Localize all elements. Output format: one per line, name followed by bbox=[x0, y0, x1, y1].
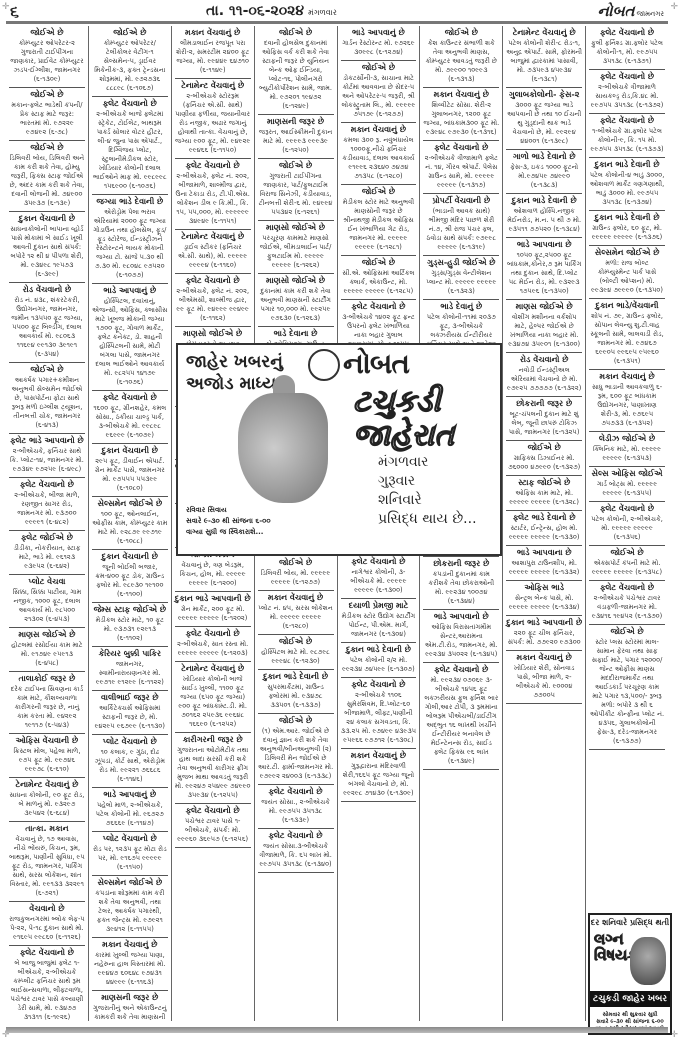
classified-ad: ગાળો ભાડે દેવાનો છેફેસ-૩, ઇકડ ૧૦૦૦ ફૂટનો… bbox=[506, 150, 582, 194]
classified-ad: જોઈએ છેકોમ્પ્યુટર ઓપરેટર-૨ ગુજરાતી ટાઈપી… bbox=[9, 26, 85, 88]
ad-heading: ટેનામેન્ટ વેંચવાનું છે bbox=[506, 28, 582, 38]
classified-ad: ફ્લેટ વેંચવાનો છે૨-બીએચકે બાજે ફ્લેટમાં … bbox=[92, 97, 168, 195]
ad-heading: મકાન વેંચવાનું છે bbox=[175, 28, 251, 38]
ad-body: નવોડી ઈન્ડસ્ટ્રીઅલ એરિયામાં વેંચવાનો છે … bbox=[506, 366, 582, 393]
ad-body: (ભાડાની આવક સાથે) ભીમજી મંદિર પાછળ શેરી … bbox=[423, 207, 499, 252]
ad-body: ૨-બીએચકે પંચેશ્વર ટાવર વંડાફળી-જામનગર મો… bbox=[589, 594, 665, 621]
day-3: શનિવારે bbox=[378, 492, 422, 508]
classified-ad: ફ્લેટ વેંચવાનો છેપંચેશ્વર ટાવર પાસે ૧-બી… bbox=[175, 804, 251, 848]
classified-ad: જોઈએ છેદવાની હોલસેલ દુકાનમાં ઓફિસ વર્ક ક… bbox=[258, 26, 334, 115]
classified-ad: દુકાન ભાડે દેવાની છેપટેલ કોલોની ૨/૨ મો. … bbox=[341, 643, 417, 678]
ad-heading: જોઈએ છે bbox=[9, 90, 85, 100]
ad-body: વેંચવાનું છે, ત્રણ બેડરૂમ, કિચન, હોલ, મો… bbox=[175, 561, 251, 588]
classified-ad: જોઈએ છેહોસ્પિટલ માટે મો. ૯૮૭૯૮ ૯૯૯૪૮ (૬-… bbox=[258, 635, 334, 670]
ad-body: ફુલી ફર્નિશ્ડ ગ્રા.ફ્લોર પટેલ કોલોની-૧, … bbox=[589, 39, 665, 66]
classified-ad: ફ્લેટ વેંચવાનો છે૨-બીએચકે ૧૧૦૬ સુમેરશિવમ… bbox=[341, 678, 417, 749]
ad-body: હોસ્પિટલ, દવાખાનું, એજન્સી, ઓફિસ, ક્લાસી… bbox=[92, 297, 168, 387]
ad-body: ખોડિયાર શેરી, સોનવાડ પાસે, બીજા માળે, ૨-… bbox=[506, 664, 582, 700]
ad-heading: જોઈએ છે bbox=[506, 443, 582, 453]
ad-heading: માણસો જોઈએ છે bbox=[258, 223, 334, 233]
ad-heading: ગુલાબકોલોની- ફેસ-૨ bbox=[506, 90, 582, 100]
classified-ad: ગુડ્સ-હુડી જોઈએ છેગુડ્સ/ગુડ્સ વેન્ટીલેશન… bbox=[423, 256, 499, 300]
classified-ad: ફ્લેટ વેંચવાનો છેફુલી ફર્નિશ્ડ ગ્રા.ફ્લો… bbox=[589, 26, 665, 70]
ad-heading: દુકાન ભાડે દેવાની છે bbox=[258, 672, 334, 682]
ad-body: ખોડિયાર કોલોની બાજે સાઈડ ખુલ્લી, ૧૧૦૦ ફૂ… bbox=[175, 675, 251, 729]
ad-heading: પ્રોપર્ટી વેંચવાની છે bbox=[423, 196, 499, 206]
classified-ad: ટેનામેન્ટ વેંચવાનું છે૨-બીએચકે સ્ટોરરૂમ … bbox=[175, 79, 251, 159]
ad-heading: પ્લોટ વેચવા bbox=[9, 577, 85, 587]
ad-heading: સેલ્સ ઓફિસ જોઈએ bbox=[589, 469, 665, 479]
ad-heading: માણસો જોઈએ છે bbox=[175, 329, 251, 339]
classified-ad: માણસ જોઈએ છેહોટલમાં રસોઈયા કામ માટે મો. … bbox=[9, 628, 85, 672]
ad-body: મેડીકલ સ્ટોર માટે અનુભવી માણસોની જરૂર છે… bbox=[341, 198, 417, 252]
classified-ad: ફ્લેટ વેંચવાનો છે૨-બીએચકે, ફ્લેટ નં. ૨૦૨… bbox=[175, 274, 251, 327]
ad-body: કારમાં ખુલ્લી જગ્યા પાણા, નહેરુના હાલ વિ… bbox=[92, 951, 168, 987]
ad-body: બૂટ-ચંપલની દુકાન માટે શું લેબ્, જૂની છાપ… bbox=[506, 410, 582, 437]
day-1: મંગળવાર bbox=[378, 454, 428, 470]
classified-ad: સેલ્સ ઓફિસ જોઈએગાર્ડ બોટ્સ મો. ૯૯૯૯૯ ૯૯૯… bbox=[589, 467, 665, 502]
classified-ad: જોઈએ છે(૧) એમ.આર. જોઈએ છે દવાનું જ્ઞાન ક… bbox=[258, 714, 334, 785]
ad-heading: ટેનામેન્ટ વેંચવાનું છે bbox=[175, 81, 251, 91]
ad-heading: દુકાન વેંચવાની છે bbox=[9, 214, 85, 224]
ad-body: બે બાજુ બાજુમાં ફ્લેટ ૧-બીએચકે, ૨-બીએચકે… bbox=[9, 959, 85, 1021]
classified-ad: ફ્લેટ વેંચવાનો છેબે બાજુ બાજુમાં ફ્લેટ ૧… bbox=[9, 946, 85, 1021]
ad-heading: જોઈએ છે bbox=[589, 548, 665, 558]
ad-body: લીમડાલાઈન રજપૂત પરા શેરી-૨, સમરટીમ ૨૪૦૦ … bbox=[175, 39, 251, 75]
classified-ad: મકાન વેંચવાનું છેકમલા ૩૦૦ રૂ. નવુંબંધાયે… bbox=[341, 123, 417, 185]
ad-body: મેડીકલ સ્ટોર માટે, ૧૦ ફૂટ મો. ૯૩૭૩૧ ૯૨૯૧… bbox=[92, 616, 168, 643]
ad-heading: ભાડે દેવાના છે bbox=[258, 329, 334, 339]
ad-body: મળો: રાજ બોલ્ટ કોમ્પ્યુસ્મેન્ટ પાર્ક પાસ… bbox=[589, 259, 665, 295]
ad-heading: પ્લોટ વેંચવાનો છે bbox=[92, 737, 168, 747]
ad-heading: જેમ્સ સ્ટાફ જોઈએ છે bbox=[92, 605, 168, 615]
ad-heading: છોકરાની જરૂર છે bbox=[423, 559, 499, 569]
classified-ad: જેમ્સ સ્ટાફ જોઈએ છેમેડીકલ સ્ટોર માટે, ૧૦… bbox=[92, 603, 168, 647]
classified-ad: દુકાન ભાડે આપવાની છે૨૨૦ ફૂટ ચીલ ફર્નિચર,… bbox=[506, 616, 582, 651]
classified-ad: દુકાન ભાડે દેવાની છેઓશવાળ હોસ્પિ.નજીક મે… bbox=[506, 194, 582, 238]
ad-body: ગાર્ડ બોટ્સ મો. ૯૯૯૯૯ ૯૯૯૯૯ (૬-૧૩૫૫) bbox=[589, 480, 665, 498]
ad-heading: જોઈએ છે bbox=[423, 28, 499, 38]
classified-ad: ગુલાબકોલોની- ફેસ-૨૩૦૦૦ ફૂટ જગ્યા ભાડે આપ… bbox=[506, 88, 582, 150]
ad-body: કમલા ૩૦૦ રૂ. નવુંબંધાયેલ ૧૦૦૦ફૂ.નીચે ફર્… bbox=[341, 136, 417, 181]
ad-heading: ફ્લેટ વેંચવાનો છે bbox=[175, 629, 251, 639]
ad-heading: ટેનામેન્ટ વેંચવાનું છે bbox=[175, 232, 251, 242]
ad-heading: વેંચવાનો છે bbox=[9, 904, 85, 914]
classified-ad: ફ્લેટ વેંચવાનો છે૨-બીએચકે ત્રીજામાળે ફ્લ… bbox=[423, 141, 499, 194]
ad-body: ડ્રાઈવ સ્ટીકર (ફર્નિચર એ.સી. સાથે), મો. … bbox=[175, 243, 251, 270]
ad-body: આકર્ષક પગાર+કમીશન અનુભવી સેલ્સમેન જોઈએ છ… bbox=[9, 376, 85, 430]
ad-body: ૨-બીએચકે, સાત રસ્તા મો. ૯૯૯૯૯ ૯૯૯૯૯ (૬-૧… bbox=[175, 640, 251, 658]
classified-ad: ટેનામેન્ટ વેંચવાનું છેસાધના કોલોની, ૯૦ ફ… bbox=[9, 778, 85, 822]
ad-body: ૧-બીએચકે ગ્રા.ફ્લોર પટેલ કોલોની-૯, કિ. ૧… bbox=[589, 127, 665, 154]
ad-body: હોસ્પિટલ માટે મો. ૯૮૭૯૮ ૯૯૯૪૮ (૬-૧૨૩૦) bbox=[258, 648, 334, 666]
classified-ad: ભાડે આપવાના છેઆશાપુરા ટાઉનશીપ, મો. ૯૯૯૯૯… bbox=[506, 546, 582, 581]
lagna-top: દર શનિવારે પ્રસિદ્ધ થતી bbox=[590, 915, 670, 928]
ad-body: ગુજરાતના ઓટોમેટીક તથા હાથ લાદા સરસી કરી … bbox=[175, 746, 251, 800]
ad-body: જરૂરત, આઈસ્ક્રીમની દુકાન માટે મો. ૯૯૯૯૩ … bbox=[258, 128, 334, 155]
couple-image bbox=[630, 937, 666, 985]
page-number: ૬ bbox=[10, 2, 19, 22]
ad-body: જામનગર, સ્વામીનારાયણનગર મો. ૯૯૭૧૯ ૯૧૨૯૯ … bbox=[92, 660, 168, 687]
registration-mark-icon: ✛ bbox=[670, 2, 678, 12]
classified-ad: રોડ વેંચવાનો છેરોડ નં. ૪૩૮, શંકરટેકરી, ઉ… bbox=[9, 283, 85, 363]
ad-heading: મકાન વેંચવાનું છે bbox=[589, 372, 665, 382]
classified-ad: જોઈએ છેમકાન-ફ્લેટ ભાડેથી કંપની/પ્રેક સ્ટ… bbox=[9, 88, 85, 141]
classified-ad: ભાડે આપવાનું છેહોસ્પિટલ, દવાખાનું, એજન્સ… bbox=[92, 284, 168, 391]
ad-body: એક્સપોર્ટ કંપની માટે મો. ૯૯૯૯૯ ૯૯૯૯૯ (૬-… bbox=[589, 559, 665, 577]
ad-heading: સેલ્સમેન જોઈએ છે bbox=[589, 248, 665, 258]
ad-body: સિક્કા, સિક્કા પાટીયા, ગામ નજીક, ૧૦૦૦ ફૂ… bbox=[9, 588, 85, 624]
classified-ad: ટેનામેન્ટ વેંચવાનું છેપટેલ કોલોની શેરી-૮… bbox=[506, 26, 582, 88]
ad-heading: જોઈએ છે bbox=[9, 143, 85, 153]
ad-body: ૨-બીએચકે, ફર્નિચર સાથે કિ. પ્લોટ-૧૪, જામ… bbox=[9, 447, 85, 474]
classified-ad: સ્ટાફ જોઈએ છેઓફિસ કામ માટે, મો. ૯૯૯૯૯ ૯૯… bbox=[506, 476, 582, 511]
ad-body: ૨-બીએચકે બાજે ફ્લેટમાં સ્ટ્રેકેટ, ટોઈલેટ… bbox=[92, 110, 168, 191]
classified-ad: ટેનામેન્ટ વેંચવાનું છેખોડિયાર કોલોની બાજ… bbox=[175, 662, 251, 733]
ad-heading: ઓફિસ ભાડે bbox=[506, 583, 582, 593]
classified-ad: જોઈએ છેકેશ કાઉન્ટર સંભાળી શકે તેવા અનુભવ… bbox=[423, 26, 499, 88]
day-2: ગુરૂવાર bbox=[378, 473, 415, 489]
ad-heading: દુકાન ભાડે દેવાની છે bbox=[341, 645, 417, 655]
classified-ad: ફ્લેટ વેંચવાનો છેનાગેશ્વર કોલોની, ૩-બીએચ… bbox=[341, 555, 417, 599]
classified-ad: ભાડે આપવાનું છેગાર્ડન રેસ્ટોરન્ટ મો. ૯૭૨… bbox=[341, 26, 417, 61]
ad-heading: ભાડે આપવાનો છે bbox=[423, 612, 499, 622]
ad-heading: મકાન વેંચવાનું છે bbox=[92, 940, 168, 950]
page-header: ૬ તા. ૧૧-૦૬-૨૦૨૪મંગળવાર નોબતજામનગર bbox=[6, 2, 668, 24]
ad-heading: મકાન વેંચવાનું છે bbox=[341, 125, 417, 135]
lagna-band: ટચુકડી જાહેર ખબર bbox=[590, 991, 670, 1007]
classified-ad: ફ્લેટ વેંચવાનો છે૨-બીએચકે, બીજા માળે, રણ… bbox=[9, 478, 85, 531]
classified-ad: ફ્લેટ વેંચવાનો છેજયંત સોસા., ૨-બીએચકે મો… bbox=[258, 785, 334, 829]
ad-body: ગ્રાફિક્સ ડિઝાઈનર મો. ૭૬૦૦૦ ૪૭૯૯૦ (૬-૧૩૨… bbox=[506, 454, 582, 472]
ad-body: ડિલિવરી બોય, ડિલિવરી અને કામ કરી શકે તેવ… bbox=[9, 154, 85, 208]
ad-body: ગુજરાતી ટાઈપીંગના જાણકાર, પાર્ટ/ફુલટાઈમ … bbox=[258, 172, 334, 217]
lagna-vishayak-ad: દર શનિવારે પ્રસિદ્ધ થતી લગ્નવિષયક ટચુકડી… bbox=[588, 913, 672, 1035]
classified-ad: ઓફિસ ભાડેસેન્ટ્રલ બેન્ક પાસે, મો. ૯૯૯૯૯ … bbox=[506, 581, 582, 616]
classified-ad: મકાન વેંચવાનું છેખોડિયાર શેરી, સોનવાડ પા… bbox=[506, 651, 582, 704]
classified-ad: ઓફિસ વેંચવાની છેક્રિસ્ટલ મોલ, પહેલા માળે… bbox=[9, 734, 85, 778]
ad-body: ડોકટર્સોની-૩, સાચાના માટે કોર્ટમાં આવવાન… bbox=[341, 74, 417, 119]
ad-body: ૨-બીએચકે, ફ્લેટ નં. ૨૦૨, બીએમસી, શાલ્મીજ… bbox=[175, 287, 251, 323]
classified-ad: ફ્લેટ ભાડે આપવાનો છે૨-બીએચકે, ફર્નિચર સા… bbox=[9, 434, 85, 478]
column-1: જોઈએ છેકોમ્પ્યુટર ઓપરેટર-૨ ગુજરાતી ટાઈપી… bbox=[6, 26, 89, 1021]
ad-body: સ્ટાર્ટર, ઈન્ટ્રેન્સ, હોલ મો. ૯૯૯૯૯ ૯૯૯૯… bbox=[506, 524, 582, 542]
ad-body: મકાન-ફ્લેટ ભાડેથી કંપની/પ્રેક સ્ટાફ માટે… bbox=[9, 101, 85, 137]
ad-body: દવાની હોલસેલ દુકાનમાં ઓફિસ વર્ક કરી શકે … bbox=[258, 39, 334, 111]
ad-heading: સેલ્સમેન જોઈએ છે bbox=[92, 878, 168, 888]
ad-heading: ફ્લેટ વેંચવાનો છે bbox=[9, 948, 85, 958]
ad-heading: જોઈએ છે bbox=[258, 716, 334, 726]
column-7: ટેનામેન્ટ વેંચવાનું છેપટેલ કોલોની શેરી-૮… bbox=[503, 26, 586, 1021]
classified-ad: છોકરાની જરૂર છેબૂટ-ચંપલની દુકાન માટે શું… bbox=[506, 397, 582, 441]
ad-body: ક્લિનિક માટે, મો. ૯૯૯૯૯ ૯૯૯૯૯ (૬-૧૩૫૩) bbox=[589, 445, 665, 463]
ad-body: રોડ પર, ૧૨૩૫ ફૂટ મોટા રોડ પર, મો. ૯૧૬૭૫ … bbox=[92, 845, 168, 872]
classified-ad: મકાન વેંચવાનું છેશિવ્વીટેટ સોસા. શેરી-૨ … bbox=[423, 88, 499, 141]
ad-body: એરોડ્રોમ પેલા ભરાવ એરિયામાં ૨૦૦૦ ફૂટ જગ્… bbox=[92, 208, 168, 280]
ad-body: ૨-બીએચકે, બીજા માળે, રણજીત સાગર રોડ, જામ… bbox=[9, 491, 85, 527]
ad-body: ૨૯૫ ફૂટ, ડીવાઈન એપાર્ટ. ગ્રેન માર્કેટ પા… bbox=[92, 457, 168, 493]
ad-body: ડીડીકા, નોકરીયાત, સ્ટાફ માટે, ભાડે મો. ૯… bbox=[9, 544, 85, 571]
ad-heading: કારીગરની જરૂર છે bbox=[175, 735, 251, 745]
ad-heading: દયાળી પ્રેમજી માટે bbox=[341, 601, 417, 611]
classified-ad: જોઈએ છેસ્ટોર પ્લસ સ્ટોરમાં માલ-સામાન ફેર… bbox=[589, 625, 665, 750]
hand-image bbox=[238, 393, 328, 503]
classified-ad: દુકાન ભાડે/વેંચવાનીશોપ નં. ૭૯, ગ્રાઉન્ડ … bbox=[589, 299, 665, 370]
classified-ad: દુકાન વેંચવાની છેસાધનાકોલોની બાપાના વ્હો… bbox=[9, 212, 85, 283]
classified-ad: માણસની જરૂર છેજરૂરત, આઈસ્ક્રીમની દુકાન મ… bbox=[258, 115, 334, 159]
ad-body: પટેલ કોલોની, ૨-બીએચકે, મો. ૯૯૯૯૯ ૯૯૯૯૯ (… bbox=[589, 515, 665, 542]
classified-ad: ફ્લેટ વેંચવાનો છેજયંત સોસા.૩-બીએચકે ત્રી… bbox=[258, 829, 334, 873]
ad-heading: દુકાન ભાડે દેવાની છે bbox=[589, 160, 665, 170]
ad-body: કપડાંની દુકાનમાં કામ કરીશકે તેવા છોકરાઓન… bbox=[423, 570, 499, 606]
ad-heading: ફ્લેટ વેંચવાનો છે bbox=[423, 143, 499, 153]
brand-name: નોબત bbox=[598, 2, 635, 20]
ad-title: ટચુકડીજાહેરાત bbox=[353, 385, 454, 453]
ad-body: ફેસ-૩, ઇકડ ૧૦૦૦ ફૂટનો મો.૯૭૪૫૯ ૭૪૯૯૦ (૬-… bbox=[506, 163, 582, 190]
ad-heading: ફ્લેટ વેંચવાનો છે bbox=[175, 276, 251, 286]
ad-body: ક્રિસ્ટલ મોલ, પહેલા માળે, ૯૭૫ ફૂટ મો. ૯૯… bbox=[9, 747, 85, 774]
ad-heading: ભાડે દેવાનું છે bbox=[423, 302, 499, 312]
ad-heading: મકાન વેંચવાનું છે bbox=[258, 593, 334, 603]
ad-body: રોડ નં. ૪૩૮, શંકરટેકરી, ઉદ્યોગનગર, જામનગ… bbox=[9, 296, 85, 359]
ad-heading: ફ્લેટ જોઈએ છે bbox=[9, 533, 85, 543]
ad-heading: ગુડ્સ-હુડી જોઈએ છે bbox=[423, 258, 499, 268]
ad-body: ૩૦૦૦ ફૂટ જગ્યા ભાડે આપવાની છે તથા ૧૦ ઈંચ… bbox=[506, 101, 582, 146]
column-8: ફ્લેટ વેંચવાનો છેફુલી ફર્નિશ્ડ ગ્રા.ફ્લો… bbox=[586, 26, 668, 1021]
ad-heading: ફ્લેટ વેંચવાનો છે bbox=[175, 806, 251, 816]
ad-body: પટેલ કોલોની-૪ ભાડું ૩૦૦૦, ઓશવાળ માર્કેટ … bbox=[589, 171, 665, 207]
classified-ad: ફ્લેટ જોઈએ છેડીડીકા, નોકરીયાત, સ્ટાફ માટ… bbox=[9, 531, 85, 575]
city-name: જામનગર bbox=[636, 10, 664, 18]
ad-body: ગુડ્સ/ગુડ્સ વેન્ટીલેશન પ્લાન્ટ મો. ૯૯૯૯૯… bbox=[423, 269, 499, 296]
ad-body: ૧૬૦૦ ફૂટ, ગ્રીનશહેર, કમલ સોસા., ઠકીયા ચા… bbox=[92, 404, 168, 440]
ad-body: ગુજરાતીનું અને એકાઉન્ટનું કામકરી શકે તેવ… bbox=[92, 1004, 168, 1021]
classified-ad: માણસ જોઈએ છેવોશીંગ મશીનના વર્કશોપ માટે, … bbox=[506, 300, 582, 353]
classified-ad: ભાડે આપવાનું છેપહેલો માળ, ૨-બીએચકે, પટેલ… bbox=[92, 788, 168, 832]
ad-body: સી.એ. ઓફિસમાં આર્ટિકલ ક્લાર્ક, એકાઉન્ટ, … bbox=[341, 269, 417, 296]
ad-heading: છોકરાની જરૂર છે bbox=[506, 399, 582, 409]
ad-timing: રવિવાર સિવાય સવારે ૯-૩૦ થી સાંજના ૬-૦૦ વ… bbox=[186, 505, 271, 538]
ad-body: આશાપુરા ટાઉનશીપ, મો. ૯૯૯૯૯ ૯૯૯૯૯ (૬-૧૩૩૨… bbox=[506, 559, 582, 577]
ad-heading: માણસ જોઈએ છે bbox=[506, 302, 582, 312]
ad-heading: ફ્લેટ વેંચવાનો છે bbox=[9, 480, 85, 490]
ad-body: ડિલિવરી બોય, મો. ૯૯૯૯૯ ૯૯૯૯૯ (૬-૧૨૭૭) bbox=[258, 569, 334, 587]
ad-heading: ફ્લેટ વેંચવાનો છે bbox=[175, 161, 251, 171]
ad-heading: જોઈએ છે bbox=[258, 161, 334, 171]
classified-ad: લેડીઝ જોઈએ છેક્લિનિક માટે, મો. ૯૯૯૯૯ ૯૯૯… bbox=[589, 432, 665, 467]
classified-ad: ફ્લેટ વેંચવાનો છે૧-બીએચકે ગ્રા.ફ્લોર પટે… bbox=[589, 114, 665, 158]
classified-ad: છોકરાની જરૂર છેકપડાંની દુકાનમાં કામ કરીશ… bbox=[423, 557, 499, 610]
classified-ad: ફ્લેટ વેંચવાનો છે૨-બીએચકે, સાત રસ્તા મો.… bbox=[175, 627, 251, 662]
ad-heading: મકાન વેંચવાનું છે bbox=[341, 751, 417, 761]
ad-body: પ્લોટ નં. ૪૫, સરસ લોકેશન મો. ૯૯૯૯૯ ૯૯૯૯૯… bbox=[258, 604, 334, 631]
ad-heading: ગાળો ભાડે દેવાનો છે bbox=[506, 152, 582, 162]
classified-ad: પ્લોટ વેંચવાનો છે૧૦ કલાક, ૯ ગુંઠા, દોઢ ઝ… bbox=[92, 735, 168, 788]
ad-heading: ફ્લેટ વેંચવાનો છે bbox=[589, 504, 665, 514]
ad-heading: ફ્લેટ વેંચવાનો છે bbox=[341, 680, 417, 690]
ad-body: કેશ કાઉન્ટર સંભાળી શકે તેવા અનુભવી માણસ,… bbox=[423, 39, 499, 84]
classified-ad: માણસો જોઈએ છેપરચૂરણ કામમાટે માણસો જોઈએ, … bbox=[258, 221, 334, 274]
ad-body: સાધનાકોલોની બાપાના વ્હોર્ડ પાસે મોકામાં … bbox=[9, 225, 85, 279]
ad-heading: ભાડે આપવાનું છે bbox=[92, 790, 168, 800]
ad-heading: ફ્લેટ વેંચવાનો છે bbox=[341, 557, 417, 567]
ad-heading: દુકાન ભાડે/વેંચવાની bbox=[589, 301, 665, 311]
ad-heading: માણસની જરૂર છે bbox=[258, 117, 334, 127]
ad-body: કોમ્પ્યુટર ઓપરેટર-૨ ગુજરાતી ટાઈપીંગના જા… bbox=[9, 39, 85, 84]
classified-ad: જોઈએ છેસી.એ. ઓફિસમાં આર્ટિકલ ક્લાર્ક, એક… bbox=[341, 256, 417, 300]
ad-heading: દુકાન વેંચવાની છે bbox=[92, 552, 168, 562]
ad-body: દરેક ટાઈપના સિવણના કાર્ડ કામ માટે, કૌશલ્… bbox=[9, 685, 85, 730]
publish-days: મંગળવાર ગુરૂવાર શનિવારે પ્રસિદ્ધ થાય છે.… bbox=[378, 453, 477, 529]
ad-body: સુપરમાર્કેટમાં, ગ્રાઉન્ડ ફ્લોરમાં મો. ૯૩… bbox=[258, 683, 334, 710]
ad-heading: જોઈએ છે bbox=[258, 637, 334, 647]
ad-title-line-1: ટચુકડી bbox=[353, 384, 441, 419]
ad-body: આર્કિટેક્ચર્સ ઓફિસમાં સ્ટાફની જરૂર છે, મ… bbox=[92, 704, 168, 731]
ad-body: શિવ્વીટેટ સોસા. શેરી-૨ ગુલાબનગર, ૧૨૦૦ ફૂ… bbox=[423, 101, 499, 137]
classified-ad: તાલાકોઈ જરૂર છેદરેક ટાઈપના સિવણના કાર્ડ … bbox=[9, 672, 85, 734]
ad-heading: દુકાન ભાડે દેવાની છે bbox=[589, 213, 665, 223]
weekday: મંગળવાર bbox=[308, 8, 337, 17]
ad-heading: ભાડે આપવાનું છે bbox=[341, 28, 417, 38]
published-text: પ્રસિદ્ધ થાય છે... bbox=[378, 511, 477, 527]
ad-body: પહેલો માળ, ૨-બીએચકે, પટેલ કોલોની મો. ૯૬૭… bbox=[92, 801, 168, 828]
ad-heading: વાલીભાઈ જરૂર છે bbox=[92, 693, 168, 703]
ad-body: શોપ નં. ૭૯, ગ્રાઉન્ડ ફ્લોર, સોપાન લેવન્ય… bbox=[589, 312, 665, 366]
ad-body: વેંચવાનું છે, ૧૭ આવાસ, નીચે ભોંયરું, કિચ… bbox=[9, 835, 85, 898]
ad-body: ૨-બીએચકે ત્રીજામાળે સાયકલ્ડ્ર રોડ,કિ.૪૮ … bbox=[589, 83, 665, 110]
classified-ad: સેલ્સમેન જોઈએ છેકપડાંના શોરૂમમાં કામ કરી… bbox=[92, 876, 168, 938]
ad-heading: મકાન વેંચવાનું છે bbox=[506, 653, 582, 663]
ad-body: સેન્ટ્રલ બેન્ક પાસે, મો. ૯૯૯૯૯ ૯૯૯૯૯ (૬-… bbox=[506, 594, 582, 612]
classified-ad: દુકાન વેંચવાની છે૨૯૫ ફૂટ, ડીવાઈન એપાર્ટ.… bbox=[92, 444, 168, 497]
classified-ad: દુકાન ભાડે દેવાની છેગ્રાઉન્ડ ફ્લોર, ૬૦ ફ… bbox=[589, 211, 665, 246]
classified-ad: જોઈએ છેગ્રાફિક્સ ડિઝાઈનર મો. ૭૬૦૦૦ ૪૭૯૯૦… bbox=[506, 441, 582, 476]
ad-heading: માણસની જરૂર છે bbox=[92, 993, 168, 1003]
classified-ad: જોઈએ છેકોમ્પ્યુટર ઓપરેટર/ટેલીકોલર વેટીંગ… bbox=[92, 26, 168, 97]
classified-ad: જોઈએ છેઆકર્ષક પગાર+કમીશન અનુભવી સેલ્સમેન… bbox=[9, 363, 85, 434]
classified-ad: ફ્લેટ વેંચવાનો છેમો. ૯૯૨૩૪ ૦૭૦૬૯ ૩-બીએચક… bbox=[423, 663, 499, 770]
classified-ad: વાલીભાઈ જરૂર છેઆર્કિટેક્ચર્સ ઓફિસમાં સ્ટ… bbox=[92, 691, 168, 735]
ad-heading: ફ્લેટ વેંચવાનો છે bbox=[589, 72, 665, 82]
ad-heading: ફ્લેટ વેંચવાનો છે bbox=[423, 665, 499, 675]
classified-ad: દુકાન વેંચવાની છેજૂની બોઈલી બજાર, ક્રમ-૪… bbox=[92, 550, 168, 603]
timing-line-1: રવિવાર સિવાય bbox=[186, 506, 227, 514]
ad-heading: રોડ વેંચવાનો છે bbox=[9, 285, 85, 295]
ad-heading: ફ્લેટ ભાડે દેવાનો છે bbox=[506, 513, 582, 523]
ad-body: રાજકુલનગરમાં બ્લોક લેફ-૫ પે-૨૨, પે-૧૮ દુ… bbox=[9, 915, 85, 942]
ad-body: ઓફિસ કામ માટે, મો. ૯૯૯૯૯ ૯૯૯૯૯ (૬-૧૩૨૮) bbox=[506, 489, 582, 507]
ad-body: ૧૦૦ ફૂટ, ઓનલાઈન, ઓફીસ કામ, કોમ્પ્યુટર કા… bbox=[92, 510, 168, 546]
timing-line-3: વાગ્યા સુધી જ સ્વિકારાશે... bbox=[186, 528, 263, 536]
ad-body: ૧૦૫૦ ફૂટ,૨૫૦૦ ફૂટ બાંધકામ,કોનેર,૭ રૂમ પા… bbox=[506, 251, 582, 296]
classified-ad: કારીગરની જરૂર છેગુજરાતના ઓટોમેટીક તથા હા… bbox=[175, 733, 251, 804]
ad-title-line-2: જાહેરાત bbox=[353, 418, 454, 453]
ad-body: સાધના કોલોની, ૯૦ ફૂટ રોડ, બે માળનું મો. … bbox=[9, 791, 85, 818]
classified-ad: સેલ્સમેન જોઈએ છેમળો: રાજ બોલ્ટ કોમ્પ્યુસ… bbox=[589, 246, 665, 299]
ad-body: હોટલમાં રસોઈયા કામ માટે મો. ૯૧૭૪૯ ૯૫૯૧૩ … bbox=[9, 641, 85, 668]
ad-heading: ટેનામેન્ટ વેંચવાનું છે bbox=[9, 780, 85, 790]
ad-body: જયંત સોસા., ૨-બીએચકે મો. ૯૯૭૫૫ ૩૫૧૩૮ (૬-… bbox=[258, 798, 334, 825]
drummer-logo-icon bbox=[308, 349, 340, 381]
classified-ad: દુકાન ભાડે દેવાની છેસુપરમાર્કેટમાં, ગ્રા… bbox=[258, 670, 334, 714]
classified-ad: ફ્લેટ વેંચવાનો છે૨-બીએચકે ત્રીજામાળે સાય… bbox=[589, 70, 665, 114]
ad-body: મેડીકલ સ્ટોર ઉદ્યોગ સ્ટાર્ટીંગ પોઈન્ટ, પ… bbox=[341, 612, 417, 639]
ad-body: ઓફિસ વિરાસતાંગમૌમ સેન્ટર,આરામના એમ.ટી.રો… bbox=[423, 623, 499, 659]
classified-ad: રોડ વેંચવાનો છેનવોડી ઈન્ડસ્ટ્રીઅલ એરિયામ… bbox=[506, 353, 582, 397]
ad-heading: ફ્લેટ વેંચવાનો છે bbox=[92, 99, 168, 109]
ad-heading: ફ્લેટ વેંચવાનો છે bbox=[589, 583, 665, 593]
classified-ad: જગ્યા ભાડે દેવાની છેએરોડ્રોમ પેલા ભરાવ એ… bbox=[92, 195, 168, 284]
ad-heading: જોઈએ છે bbox=[9, 28, 85, 38]
lagna-bottom-2: સવારે ૯-૩૦ થી સાંજના ૬-૦૦ bbox=[596, 1019, 664, 1025]
classified-ad: મકાન વેંચવાનું છેસાધુ ભાડાની આવકવાળુ ૬-ર… bbox=[589, 370, 665, 432]
classified-ad: માણસો જોઈએ છેદુકાનમાં કામ કરી શકે તેવા અ… bbox=[258, 274, 334, 327]
ad-heading: ફ્લેટ વેંચવાનો છે bbox=[92, 393, 168, 403]
ad-body: ૧૦ કલાક, ૯ ગુંઠા, દોઢ ઝૂંપડાં, કોર્ટ સાથ… bbox=[92, 748, 168, 784]
timing-line-2: સવારે ૯-૩૦ થી સાંજના ૬-૦૦ bbox=[186, 517, 271, 525]
classified-ad: ટેનામેન્ટ વેંચવાનું છેડ્રાઈવ સ્ટીકર (ફર્… bbox=[175, 230, 251, 274]
ad-body: ગ્રાઉન્ડ ફ્લોર, ૬૦ ફૂટ, મો. ૯૯૯૯૯ ૯૯૯૯૯ … bbox=[589, 224, 665, 242]
footer-rule bbox=[6, 1027, 668, 1033]
ad-body: ઓશવાળ હોસ્પિ.નજીક મેઈનરોડ, મ.ન. ૫ થી ૭ મ… bbox=[506, 207, 582, 234]
classified-ad: દુકાન ભાડે દેવાની છેપટેલ કોલોની-૪ ભાડું … bbox=[589, 158, 665, 211]
ad-heading: જોઈએ છે bbox=[341, 187, 417, 197]
ad-heading: કેરિયર બુક્કી પાકિર bbox=[92, 649, 168, 659]
ad-heading: તાલાકોઈ જરૂર છે bbox=[9, 674, 85, 684]
classified-ad: વેંચવાનો છેરાજકુલનગરમાં બ્લોક લેફ-૫ પે-૨… bbox=[9, 902, 85, 946]
ad-body: દુકાનમાં કામ કરી શકે તેવા અનુભવી માણસની … bbox=[258, 287, 334, 323]
ad-body: કપડાંના શોરૂમમાં કામ કરી શકે તેવા અનુભવી… bbox=[92, 889, 168, 934]
ad-heading: જોઈએ છે bbox=[258, 28, 334, 38]
classified-ad: જોઈએ છેડિલિવરી બોય, મો. ૯૯૯૯૯ ૯૯૯૯૯ (૬-૧… bbox=[258, 556, 334, 591]
ad-body: ૨-બીએચકે ત્રીજામાળે ફ્લેટ નં. ૧૪, ગૌરવ એ… bbox=[423, 154, 499, 190]
ad-heading: જોઈએ છે bbox=[589, 627, 665, 637]
ad-heading: ભાડે આપવાનું છે bbox=[92, 286, 168, 296]
issue-date: તા. ૧૧-૦૬-૨૦૨૪મંગળવાર bbox=[206, 3, 337, 19]
ad-heading: દુકાન ભાડે આપવાની છે bbox=[175, 594, 251, 604]
ad-heading: દુકાન ભાડે દેવાની છે bbox=[506, 196, 582, 206]
classified-ad: ફ્લેટ ભાડે દેવાનો છેસ્ટાર્ટર, ઈન્ટ્રેન્સ… bbox=[506, 511, 582, 546]
ad-body: (૧) એમ.આર. જોઈએ છે દવાનું જ્ઞાન કરી શકે … bbox=[258, 727, 334, 781]
ad-heading: ફ્લેટ વેંચવાનો છે bbox=[589, 116, 665, 126]
ad-body: કોમ્પ્યુટર ઓપરેટર/ટેલીકોલર વેટીંગ-૧ સેલ્… bbox=[92, 39, 168, 93]
ad-heading: જોઈએ છે bbox=[9, 365, 85, 375]
classified-ad: જોઈએ છેમેડીકલ સ્ટોર માટે અનુભવી માણસોની … bbox=[341, 185, 417, 256]
classified-ad: પ્લોટ વેંચવાનો છેરોડ પર, ૧૨૩૫ ફૂટ મોટા ર… bbox=[92, 832, 168, 876]
ad-heading: જોઈએ છે bbox=[341, 258, 417, 268]
classified-ad: ફ્લેટ વેંચવાનો છે૧૬૦૦ ફૂટ, ગ્રીનશહેર, કમ… bbox=[92, 391, 168, 444]
ad-heading: ફ્લેટ વેંચવાનો છે bbox=[341, 302, 417, 312]
ad-heading: રોડ વેંચવાનો છે bbox=[506, 355, 582, 365]
ad-body: પટેલ કોલોની ૨/૨ મો. ૯૯૨૩૪ ૭૪૫૯૯ (૬-૧૩૦૭) bbox=[341, 656, 417, 674]
ad-heading: ફ્લેટ ભાડે આપવાનો છે bbox=[9, 436, 85, 446]
classified-ad: ફ્લેટ વેંચવાનો છે૨-બીએચકે, ફ્લેટ નં. ૨૦૨… bbox=[175, 159, 251, 230]
classified-ad: જોઈએ છેડિલિવરી બોય, ડિલિવરી અને કામ કરી … bbox=[9, 141, 85, 212]
ad-heading: ફ્લેટ વેંચવાનો છે bbox=[258, 831, 334, 841]
ad-heading: ઓફિસ વેંચવાની છે bbox=[9, 736, 85, 746]
ad-heading: સેલ્સમેન જોઈએ છે bbox=[92, 499, 168, 509]
ad-heading: તાત્કા. મકાન bbox=[9, 824, 85, 834]
ad-body: ૨-બીએચકે સ્ટોરરૂમ (ફર્નિચર એ.સી. સાથે) પ… bbox=[175, 92, 251, 155]
ad-body: મો. ૯૯૨૩૪ ૦૭૦૬૯ ૩-બીએચકે ૧૪૫૬ ફૂટ લક્ઝરી… bbox=[423, 676, 499, 766]
classified-ad: માણસની જરૂર છેગુજરાતીનું અને એકાઉન્ટનું … bbox=[92, 991, 168, 1021]
ad-body: જયંત સોસા.૩-બીએચકે ત્રીજામાળે, કિ. ૬૫ લા… bbox=[258, 842, 334, 869]
classified-ad: મકાન વેંચવાનું છેગુરૂદ્વારાના મંદિરવાળી … bbox=[341, 749, 417, 802]
ad-heading: ફ્લેટ વેંચવાનો છે bbox=[258, 787, 334, 797]
ad-heading: ભાડે આપવાના છે bbox=[506, 240, 582, 250]
ad-body: સાધુ ભાડાની આવકવાળુ ૬-રૂમ, ૬૦૦ ફૂટ બાંધક… bbox=[589, 383, 665, 428]
classified-ad: મકાન વેંચવાનું છેપ્લોટ નં. ૪૫, સરસ લોકેશ… bbox=[258, 591, 334, 635]
